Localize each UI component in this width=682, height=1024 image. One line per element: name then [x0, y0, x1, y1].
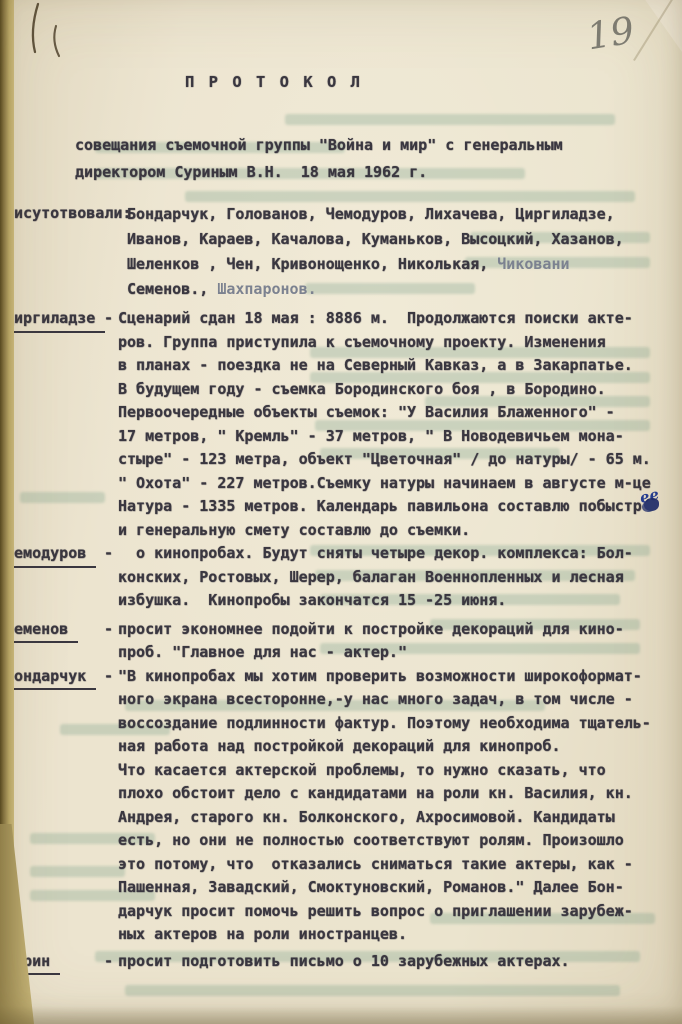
speech-text: просит подготовить письмо о 10 зарубежны…: [118, 950, 670, 976]
attendees-section: Писутотвовали: Бондарчук, Голованов, Чем…: [5, 202, 670, 302]
speaker-dash: -: [104, 665, 118, 947]
attendees-line: Семенов., Шахпаронов.: [127, 277, 670, 302]
attendees-names: Шеленков , Чен, Кривонощенко, Николькая,: [127, 255, 488, 273]
speech-text: Сценарий сдан 18 мая : 8886 м. Продолжаю…: [118, 307, 670, 542]
speech-line: есть, но они не полностью соответствуют …: [118, 829, 670, 853]
speech-line: и генеральную смету составлю до съемки.: [118, 519, 670, 543]
speech-line: ных актеров на роли иностранцев.: [118, 923, 670, 947]
attendees-line: Бондарчук, Голованов, Чемодуров, Лихачев…: [127, 202, 670, 227]
speaker-name: Семенов: [5, 618, 78, 644]
document-subtitle: совещания съемочной группы "Война и мир"…: [75, 132, 670, 186]
speech-bondarchuk: Бондарчук - "В кинопробах мы хотим прове…: [5, 665, 670, 947]
page-number: 19: [584, 9, 637, 59]
speech-surin: Сурин - просит подготовить письмо о 10 з…: [5, 950, 670, 976]
attendees-names: Семенов.,: [127, 280, 208, 298]
speech-line: воссоздание подлинности фактур. Поэтому …: [118, 712, 670, 736]
speech-line: просит экономнее подойти к постройке дек…: [118, 618, 670, 642]
speech-text: просит экономнее подойти к постройке дек…: [118, 618, 670, 665]
speech-line: Андрея, старого кн. Болконского, Ахросим…: [118, 806, 670, 830]
speech-line: Что касается актерской проблемы, то нужн…: [118, 759, 670, 783]
speech-line: "В кинопробах мы хотим проверить возможн…: [118, 665, 670, 689]
speech-line: Пашенная, Завадский, Смоктуновский, Рома…: [118, 876, 670, 900]
speech-line: стыре" - 123 метра, объект "Цветочная" /…: [118, 448, 670, 472]
speaker-dash: -: [104, 618, 118, 665]
pen-marks: [18, 0, 78, 70]
attendees-name-faded: Шахпаронов.: [217, 280, 316, 298]
speech-tsirgiladze: Циргиладзе - Сценарий сдан 18 мая : 8886…: [5, 307, 670, 542]
document-title: П Р О Т О К О Л: [185, 70, 670, 94]
speaker-name: Бондарчук: [5, 665, 96, 691]
speaker-dash: -: [104, 542, 118, 613]
ink-blot: [644, 498, 659, 511]
attendees-label: Писутотвовали:: [5, 202, 127, 302]
speech-line: " Охота" - 227 метров.Съемку натуры начи…: [118, 472, 670, 496]
speech-line: проб. "Главное для нас - актер.": [118, 641, 670, 665]
speech-semenov: Семенов - просит экономнее подойти к пос…: [5, 618, 670, 665]
speech-line: это потому, что отказались сниматься так…: [118, 853, 670, 877]
speech-line: о кинопробах. Будут сняты четыре декор. …: [118, 542, 670, 566]
document-content: П Р О Т О К О Л совещания съемочной груп…: [0, 0, 682, 975]
attendees-list: Бондарчук, Голованов, Чемодуров, Лихачев…: [127, 202, 670, 302]
subtitle-line: совещания съемочной группы "Война и мир"…: [75, 132, 670, 159]
speech-line: ров. Группа приступила к съемочному прое…: [118, 331, 670, 355]
attendees-line: Шеленков , Чен, Кривонощенко, Николькая,…: [127, 252, 670, 277]
speaker-name: Циргиладзе: [5, 307, 105, 333]
speech-line: Натура - 1335 метров. Календарь павильон…: [118, 495, 670, 519]
speech-chemodurov: Чемодуров - о кинопробах. Будут сняты че…: [5, 542, 670, 613]
speaker-name: Чемодуров: [5, 542, 96, 568]
speech-text: "В кинопробах мы хотим проверить возможн…: [118, 665, 670, 947]
subtitle-line: директором Суриным В.Н. 18 мая 1962 г.: [75, 159, 670, 186]
document-page: 19 П Р О Т О К О Л совещания съемочной г…: [0, 0, 682, 1024]
attendees-name-faded: Чиковани: [497, 255, 569, 273]
speaker-dash: -: [104, 950, 118, 976]
speech-text: о кинопробах. Будут сняты четыре декор. …: [118, 542, 670, 613]
speech-line: ного экрана всесторонне,-у нас много зад…: [118, 688, 670, 712]
speech-line: конских, Ростовых, Шерер, балаган Военно…: [118, 566, 670, 590]
bleed-through-line: [125, 985, 620, 996]
speech-line: плохо обстоит дело с кандидатами на роли…: [118, 782, 670, 806]
bottom-edge-shadow: [0, 1006, 682, 1024]
speech-line: В будущем году - съемка Бородинского боя…: [118, 378, 670, 402]
speech-line: в планах - поездка не на Северный Кавказ…: [118, 354, 670, 378]
speech-line: ная работа над постройкой декораций для …: [118, 735, 670, 759]
attendees-line: Иванов, Караев, Качалова, Куманьков, Выс…: [127, 227, 670, 252]
speech-line: Сценарий сдан 18 мая : 8886 м. Продолжаю…: [118, 307, 670, 331]
speaker-dash: -: [104, 307, 118, 542]
speech-line: дарчук просит помочь решить вопрос о при…: [118, 900, 670, 924]
speech-line: просит подготовить письмо о 10 зарубежны…: [118, 950, 670, 974]
speech-line: 17 метров, " Кремль" - 37 метров, " В Но…: [118, 425, 670, 449]
speech-line: Первоочередные объекты съемок: "У Васили…: [118, 401, 670, 425]
speech-line: избушка. Кинопробы закончатся 15 -25 июн…: [118, 589, 670, 613]
